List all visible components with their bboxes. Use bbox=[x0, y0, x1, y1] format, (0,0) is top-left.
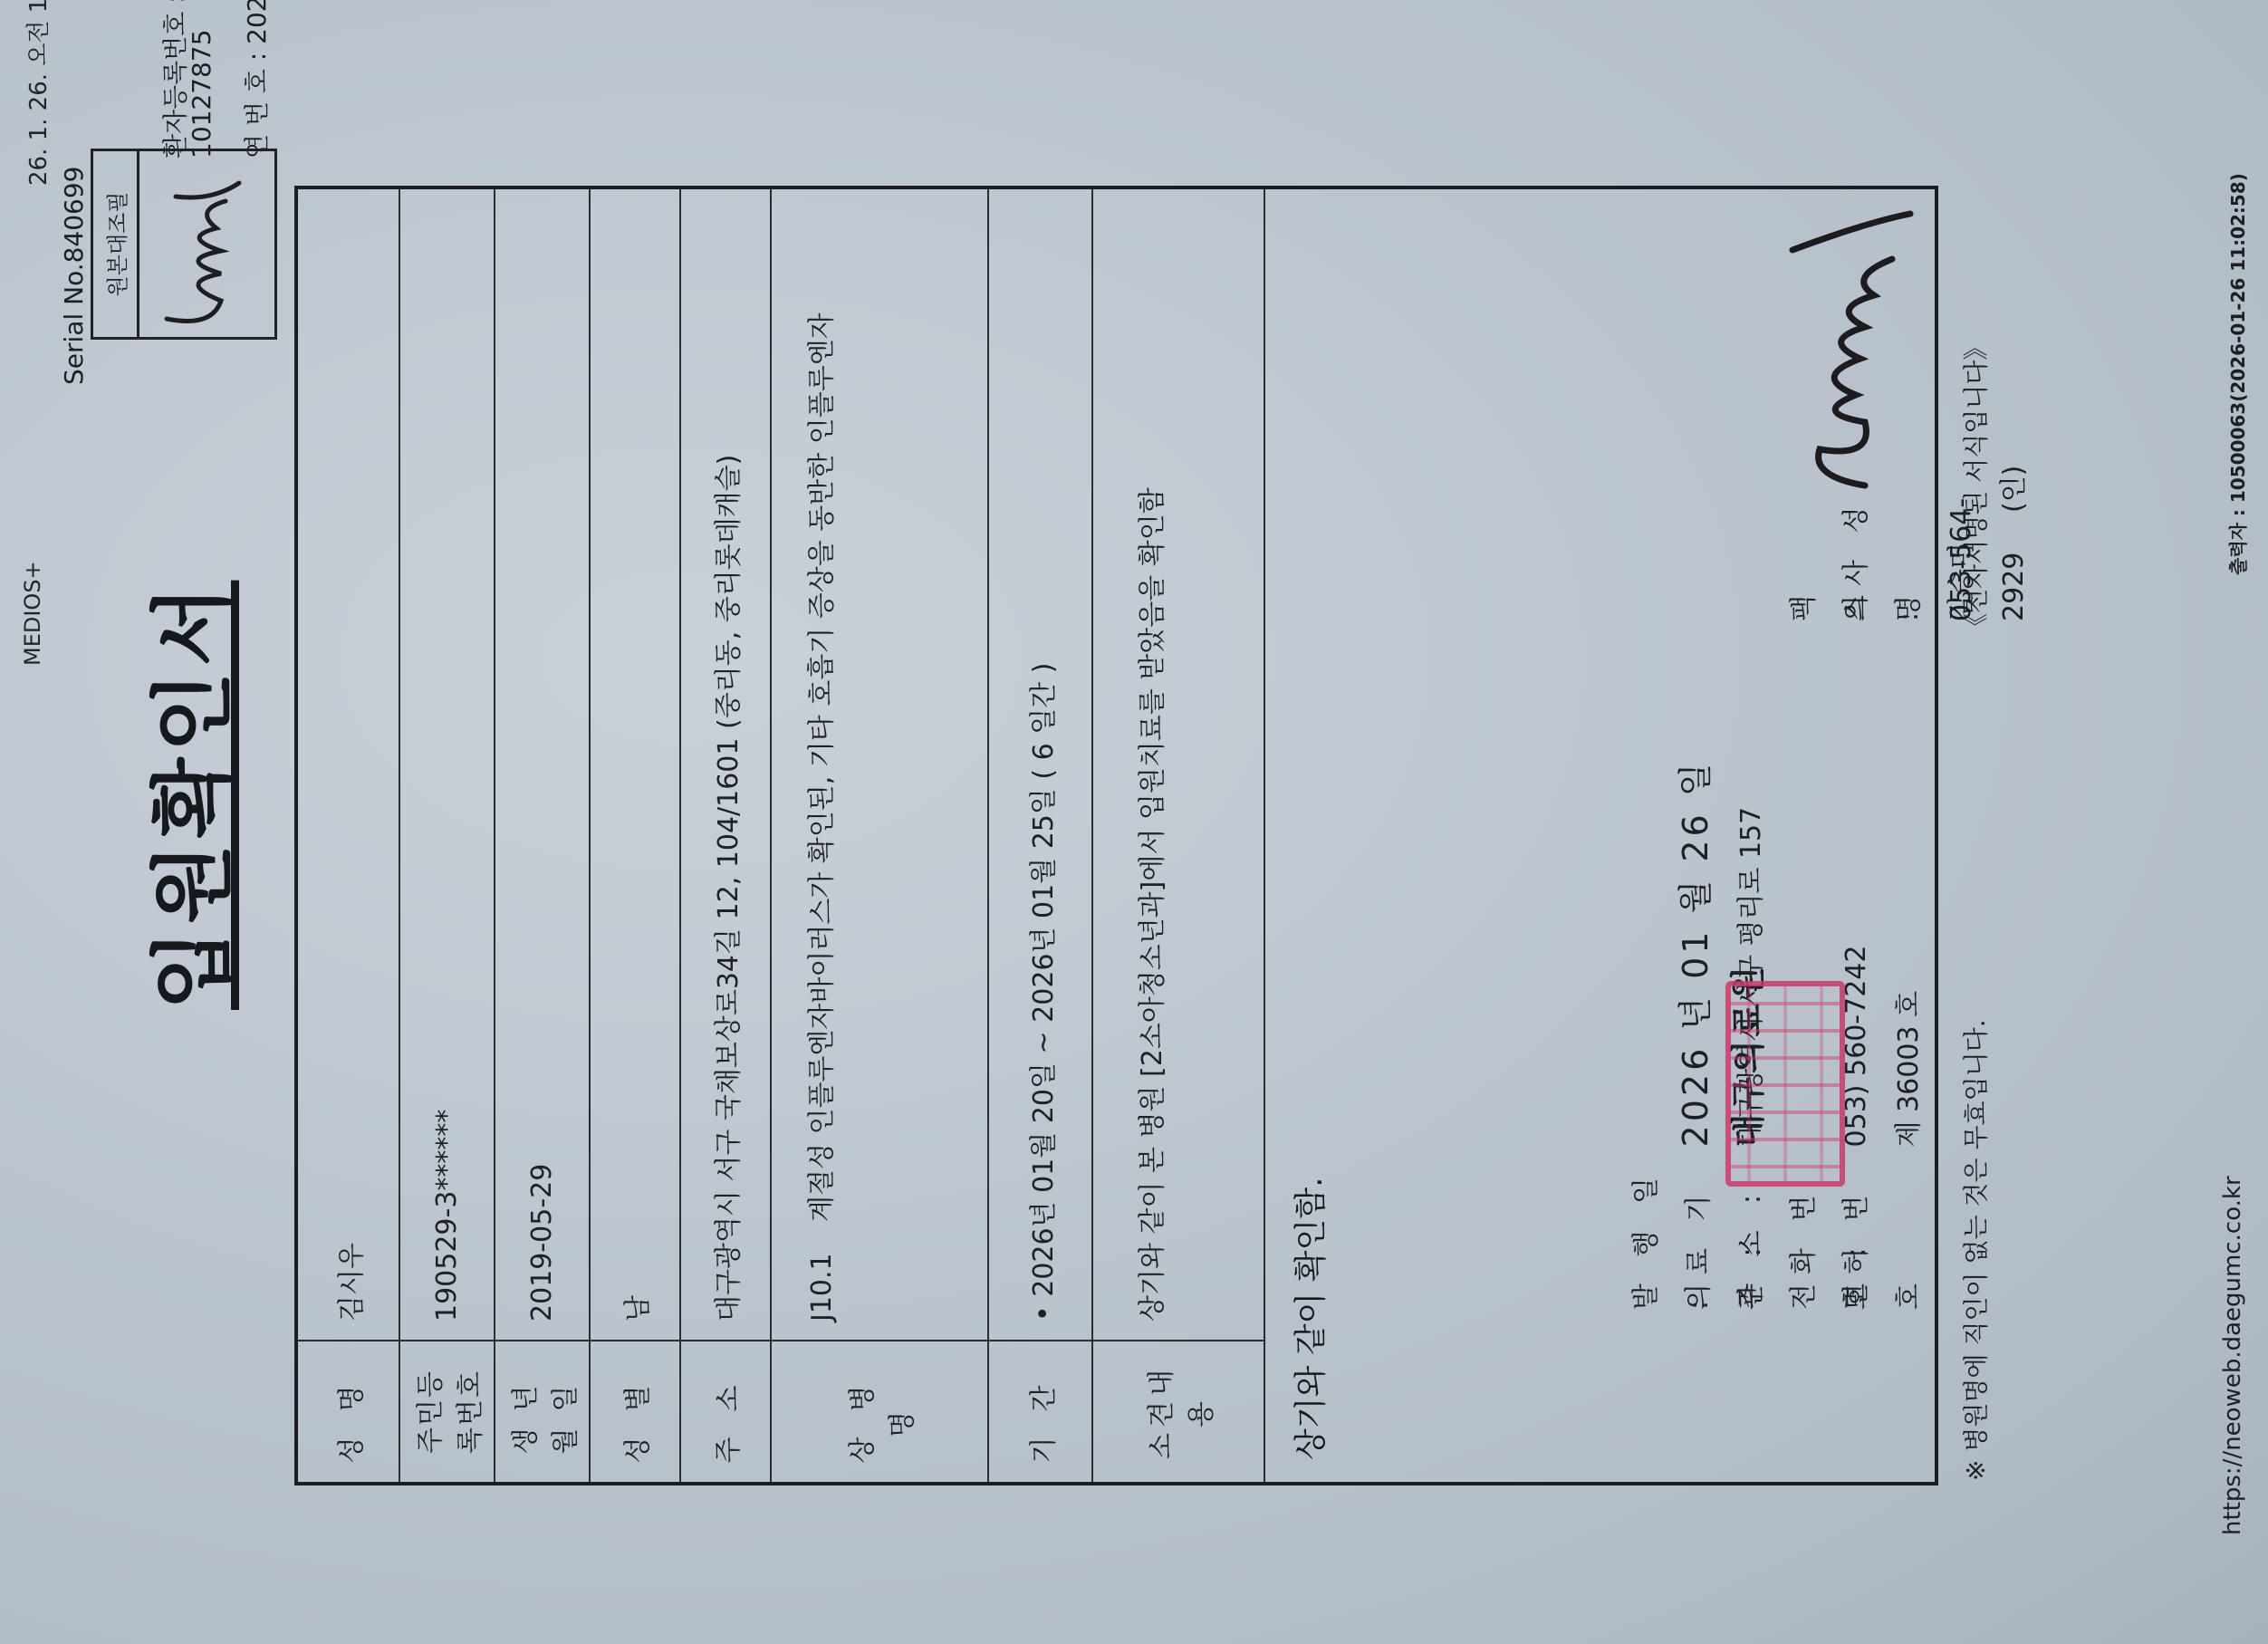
hospital-seal-icon bbox=[1725, 981, 1845, 1187]
row-value-name: 김시우 bbox=[298, 189, 399, 1341]
license-value: 제 36003 호 bbox=[1883, 991, 1936, 1147]
seal-notice: ※ 병원명에 직인이 없는 것은 무효입니다. bbox=[1956, 1019, 1993, 1481]
serial-line: 연 번 호 : 20260100696 bbox=[237, 0, 274, 159]
diagnosis-name: 계절성 인플루엔자바이러스가 확인된, 기타 호흡기 증상을 동반한 인플루엔자 bbox=[806, 312, 838, 1222]
patient-info-table: 성명 김시우 주민등록번호 190529-3****** 생년월일 2019-0… bbox=[298, 189, 1265, 1482]
page-title: 입원확인서 bbox=[127, 581, 246, 1010]
diagnosis-code: J10.1 bbox=[806, 1222, 838, 1322]
row-label: 소견내용 bbox=[1092, 1341, 1264, 1482]
printer-info: 출력자 : 10500063(2026-01-26 11:02:58) bbox=[2224, 173, 2250, 575]
table-row: 성별 남 bbox=[590, 189, 680, 1482]
table-row: 주민등록번호 190529-3****** bbox=[399, 189, 495, 1482]
electronic-signature-note: 《전자서명된 서식입니다》 bbox=[1956, 335, 1993, 639]
row-label: 기간 bbox=[988, 1341, 1092, 1482]
row-value-period: • 2026년 01월 20일 ~ 2026년 01월 25일 ( 6 일간 ) bbox=[988, 189, 1092, 1341]
row-label: 상병명 bbox=[771, 1341, 988, 1482]
row-label: 성별 bbox=[590, 1341, 680, 1482]
row-value-remarks: 상기와 같이 본 병원 [2소아청소년과]에서 입원치료를 받았음을 확인함 bbox=[1092, 189, 1264, 1341]
row-value-rrn: 190529-3****** bbox=[399, 189, 495, 1341]
source-url: https://neoweb.daegumc.co.kr bbox=[2219, 1176, 2246, 1535]
serial-number: Serial No.840699 bbox=[59, 167, 89, 386]
table-row: 주소 대구광역시 서구 국채보상로34길 12, 104/1601 (중리동, … bbox=[680, 189, 771, 1482]
confirmation-statement: 상기와 같이 확인함. bbox=[1285, 1177, 1331, 1460]
table-row: 성명 김시우 bbox=[298, 189, 399, 1482]
row-value-diagnosis: J10.1계절성 인플루엔자바이러스가 확인된, 기타 호흡기 증상을 동반한 … bbox=[771, 189, 988, 1341]
issue-date-row: 발 행 일 : 2026 년 01 월 26 일 bbox=[1620, 760, 1673, 1310]
original-check-box: 원본대조필 bbox=[91, 149, 277, 340]
patient-reg-number: 10127875 bbox=[187, 29, 216, 159]
doctor-signature-icon bbox=[1756, 205, 1937, 495]
row-value-address: 대구광역시 서구 국채보상로34길 12, 104/1601 (중리동, 중리롯… bbox=[680, 189, 771, 1341]
row-value-birthdate: 2019-05-29 bbox=[495, 189, 590, 1341]
certificate-box: 성명 김시우 주민등록번호 190529-3****** 생년월일 2019-0… bbox=[294, 186, 1938, 1485]
table-row: 생년월일 2019-05-29 bbox=[495, 189, 590, 1482]
row-label: 주민등록번호 bbox=[399, 1341, 495, 1482]
license-label: 면허 번호 bbox=[1831, 1156, 1936, 1310]
institution-row: 의료 기관 : 대구의료원 bbox=[1673, 760, 1725, 1310]
original-check-label: 원본대조필 bbox=[93, 151, 139, 337]
row-value-sex: 남 bbox=[590, 189, 680, 1341]
document-page: 26. 1. 26. 오전 11:02 MEDIOS+ Serial No.84… bbox=[0, 0, 2268, 1644]
table-row: 기간 • 2026년 01월 20일 ~ 2026년 01월 25일 ( 6 일… bbox=[988, 189, 1092, 1482]
print-timestamp: 26. 1. 26. 오전 11:02 bbox=[20, 0, 53, 186]
row-label: 주소 bbox=[680, 1341, 771, 1482]
original-check-signature bbox=[139, 151, 275, 337]
row-label: 성명 bbox=[298, 1341, 399, 1482]
seal-mark: (인) bbox=[1998, 466, 2030, 513]
row-label: 생년월일 bbox=[495, 1341, 590, 1482]
table-row: 상병명 J10.1계절성 인플루엔자바이러스가 확인된, 기타 호흡기 증상을 … bbox=[771, 189, 988, 1482]
app-name: MEDIOS+ bbox=[20, 561, 45, 666]
signature-icon bbox=[139, 156, 275, 337]
table-row: 소견내용 상기와 같이 본 병원 [2소아청소년과]에서 입원치료를 받았음을 … bbox=[1092, 189, 1264, 1482]
